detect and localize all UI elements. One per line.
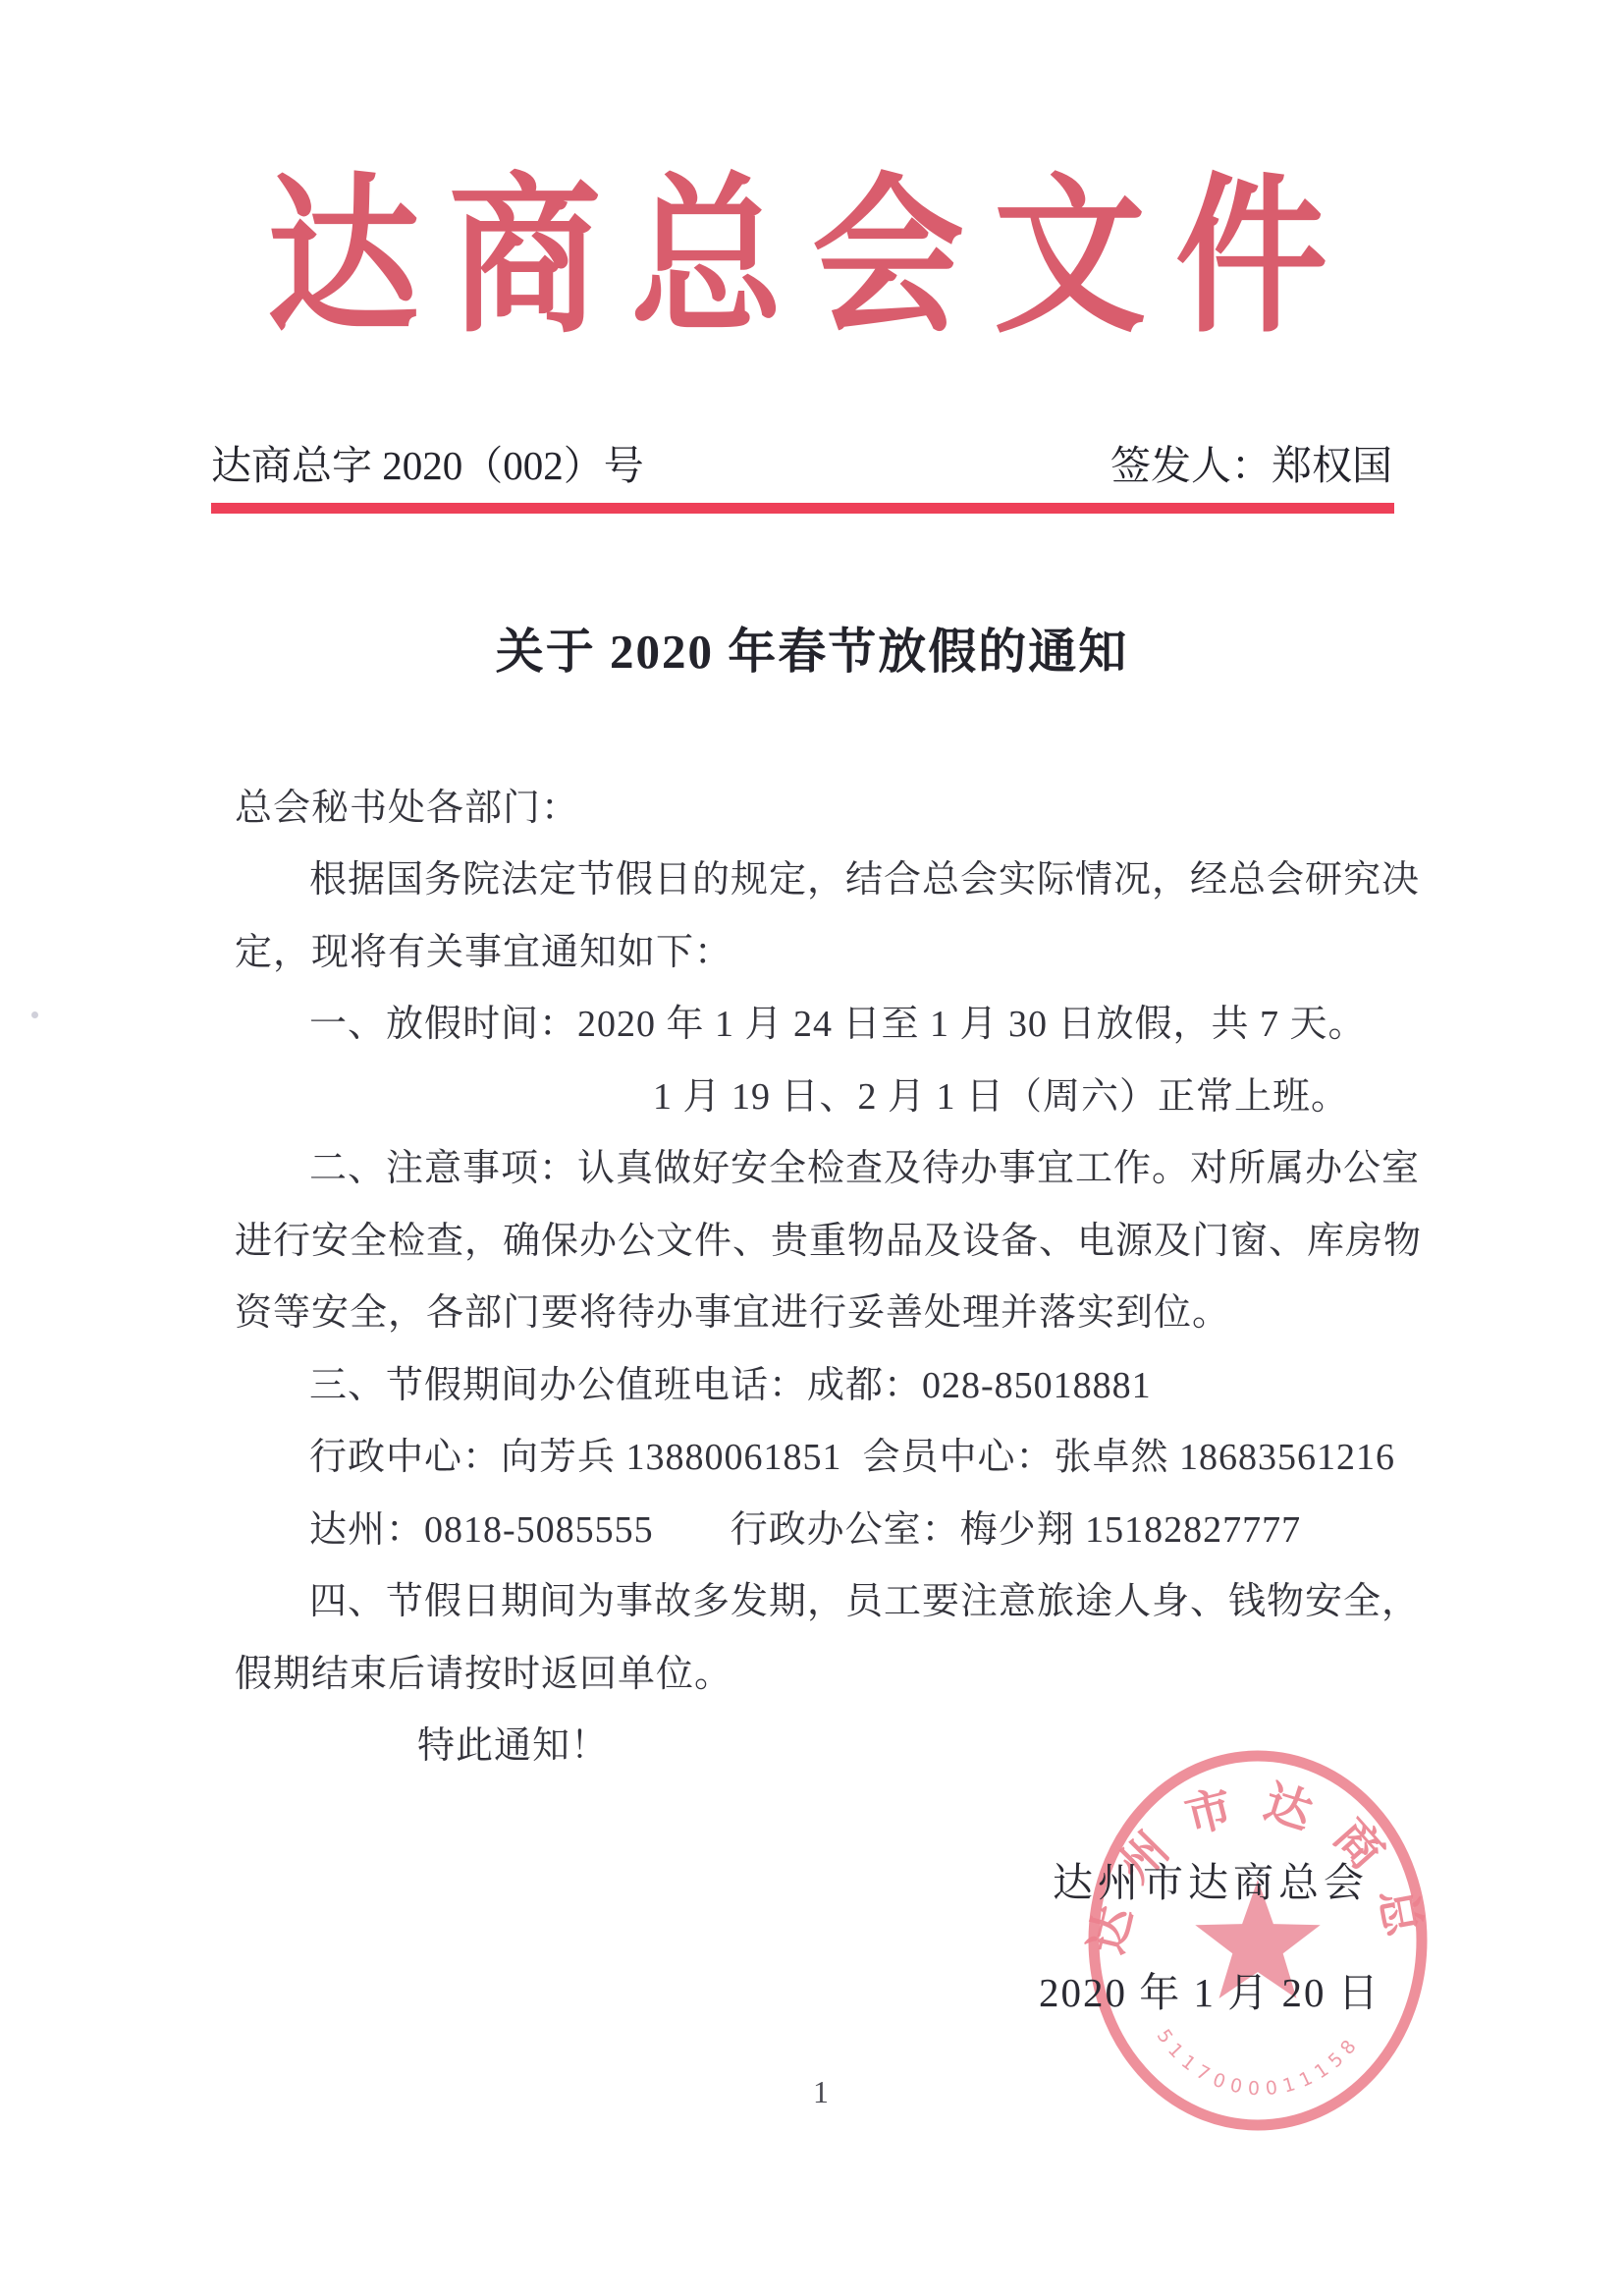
body-line: 定，现将有关事宜通知如下： xyxy=(235,917,1398,990)
issuer-label: 签发人：郑权国 xyxy=(1110,443,1392,489)
body-line: 总会秘书处各部门： xyxy=(235,773,1398,846)
body-line: 达州：0818-5085555 行政办公室：梅少翔 15182827777 xyxy=(235,1495,1398,1567)
seal-serial: 5117000011158 xyxy=(1153,2026,1365,2101)
official-seal: 达州市达商总会 5117000011158 xyxy=(1078,1740,1443,2141)
body-line: 进行安全检查，确保办公文件、贵重物品及设备、电源及门窗、库房物 xyxy=(235,1206,1398,1279)
svg-text:5117000011158: 5117000011158 xyxy=(1153,2026,1365,2101)
body-line: 根据国务院法定节假日的规定，结合总会实际情况，经总会研究决 xyxy=(235,845,1398,917)
body-lines: 总会秘书处各部门：根据国务院法定节假日的规定，结合总会实际情况，经总会研究决定，… xyxy=(235,773,1398,1783)
docnum-row: 达商总字 2020（002）号 签发人：郑权国 xyxy=(211,443,1392,489)
document-page: 达商总会文件 达商总字 2020（002）号 签发人：郑权国 关于 2020 年… xyxy=(0,0,1624,2296)
red-rule xyxy=(211,503,1394,514)
body-line: 三、节假期间办公值班电话：成都：028-85018881 xyxy=(235,1350,1398,1423)
body-line: 1 月 19 日、2 月 1 日（周六）正常上班。 xyxy=(235,1062,1398,1134)
notice-title: 关于 2020 年春节放假的通知 xyxy=(0,614,1624,683)
body-line: 假期结束后请按时返回单位。 xyxy=(235,1639,1398,1712)
body-line: 一、放假时间：2020 年 1 月 24 日至 1 月 30 日放假，共 7 天… xyxy=(235,989,1398,1062)
body-line: 四、节假日期间为事故多发期，员工要注意旅途人身、钱物安全， xyxy=(235,1566,1398,1639)
page-number: 1 xyxy=(791,2074,850,2110)
document-number: 达商总字 2020（002）号 xyxy=(211,443,644,489)
masthead-title: 达商总会文件 xyxy=(0,165,1624,353)
signature-date: 2020 年 1 月 20 日 xyxy=(1039,1960,1380,2018)
signature-org: 达州市达商总会 xyxy=(1053,1850,1369,1908)
scan-artifact-dot xyxy=(31,1011,38,1018)
body-line: 二、注意事项：认真做好安全检查及待办事宜工作。对所属办公室 xyxy=(235,1133,1398,1206)
body-line: 行政中心：向芳兵 13880061851 会员中心：张卓然 1868356121… xyxy=(235,1422,1398,1495)
body-line: 资等安全，各部门要将待办事宜进行妥善处理并落实到位。 xyxy=(235,1278,1398,1350)
